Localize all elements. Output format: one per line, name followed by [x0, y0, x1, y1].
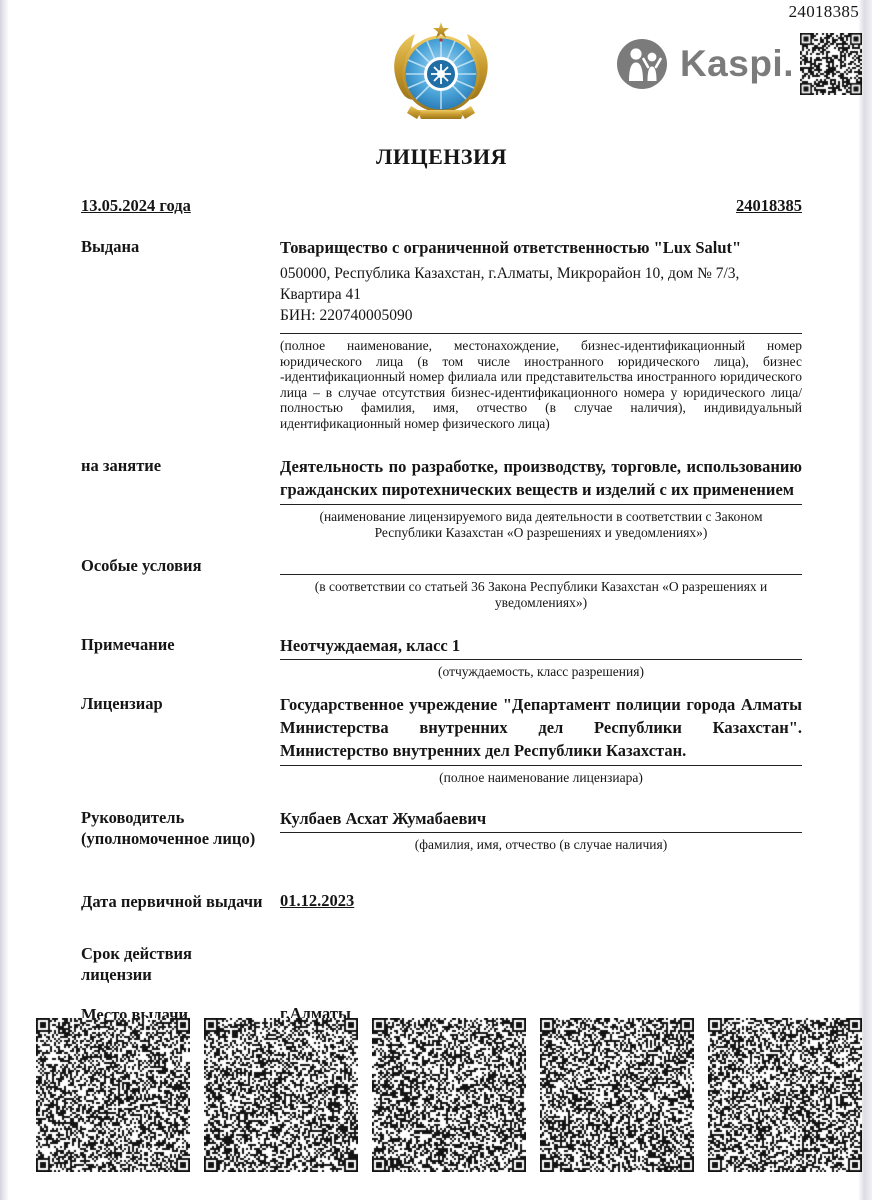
security-barcode-strip — [36, 1018, 862, 1172]
field-note: Примечание Неотчуждаемая, класс 1 (отчуж… — [81, 634, 802, 680]
first-issue-date-value-block: 01.12.2023 — [280, 891, 802, 912]
issued-to-footnote: (полное наименование, местонахождение, б… — [280, 338, 802, 431]
security-qr-code-5 — [708, 1018, 862, 1172]
head-value: Кулбаев Асхат Жумабаевич — [280, 807, 802, 833]
validity-label-line2: лицензии — [81, 964, 280, 985]
field-underline — [280, 333, 802, 334]
field-underline — [280, 765, 802, 766]
head-label-line1: Руководитель — [81, 807, 280, 828]
field-underline — [280, 504, 802, 505]
scan-edge-left — [0, 0, 9, 1200]
licensor-value: Государственное учреждение "Департамент … — [280, 693, 802, 762]
head-label-line2: (уполномоченное лицо) — [81, 828, 280, 849]
note-value-block: Неотчуждаемая, класс 1 (отчуждаемость, к… — [280, 634, 802, 680]
kaspi-logo-icon — [617, 39, 667, 89]
note-label: Примечание — [81, 634, 280, 680]
kaspi-branding: Kaspi. — [617, 33, 862, 95]
field-validity-period: Срок действия лицензии — [81, 943, 802, 985]
field-head: Руководитель (уполномоченное лицо) Кулба… — [81, 807, 802, 853]
company-bin: БИН: 220740005090 — [280, 305, 802, 326]
activity-value-block: Деятельность по разработке, производству… — [280, 455, 802, 540]
company-name: Товарищество с ограниченной ответственно… — [280, 236, 802, 259]
kaspi-wordmark: Kaspi. — [680, 43, 794, 85]
field-first-issue-date: Дата первичной выдачи 01.12.2023 — [81, 891, 802, 912]
head-footnote: (фамилия, имя, отчество (в случае наличи… — [280, 837, 802, 853]
issue-date: 13.05.2024 года — [81, 196, 191, 216]
issued-to-value-block: Товарищество с ограниченной ответственно… — [280, 236, 802, 431]
validity-label-line1: Срок действия — [81, 943, 280, 964]
special-conditions-label: Особые условия — [81, 555, 280, 610]
field-special-conditions: Особые условия (в соответствии со статье… — [81, 555, 802, 610]
license-number: 24018385 — [736, 196, 802, 216]
document-title: ЛИЦЕНЗИЯ — [81, 144, 802, 170]
head-label-block: Руководитель (уполномоченное лицо) — [81, 807, 280, 853]
field-activity: на занятие Деятельность по разработке, п… — [81, 455, 802, 540]
activity-value: Деятельность по разработке, производству… — [280, 455, 802, 501]
note-footnote: (отчуждаемость, класс разрешения) — [280, 664, 802, 680]
validity-value-block — [280, 943, 802, 985]
security-qr-code-3 — [372, 1018, 526, 1172]
company-address: 050000, Республика Казахстан, г.Алматы, … — [280, 263, 802, 305]
activity-label: на занятие — [81, 455, 280, 540]
special-conditions-value-block: (в соответствии со статьей 36 Закона Рес… — [280, 555, 802, 610]
kaspi-qr-code — [800, 33, 862, 95]
activity-footnote: (наименование лицензируемого вида деятел… — [280, 509, 802, 540]
validity-label-block: Срок действия лицензии — [81, 943, 280, 985]
security-qr-code-1 — [36, 1018, 190, 1172]
issued-to-label: Выдана — [81, 236, 280, 431]
document-number-top: 24018385 — [789, 2, 859, 22]
field-licensor: Лицензиар Государственное учреждение "Де… — [81, 693, 802, 786]
license-document-page: 24018385 — [0, 0, 875, 1200]
document-content: ЛИЦЕНЗИЯ 13.05.2024 года 24018385 Выдана… — [81, 130, 802, 1025]
first-issue-date-label: Дата первичной выдачи — [81, 891, 280, 912]
field-issued-to: Выдана Товарищество с ограниченной ответ… — [81, 236, 802, 431]
licensor-footnote: (полное наименование лицензиара) — [280, 770, 802, 786]
head-value-block: Кулбаев Асхат Жумабаевич (фамилия, имя, … — [280, 807, 802, 853]
security-qr-code-4 — [540, 1018, 694, 1172]
kazakhstan-coat-of-arms-emblem — [387, 20, 495, 126]
special-conditions-footnote: (в соответствии со статьей 36 Закона Рес… — [280, 579, 802, 610]
field-underline — [280, 574, 802, 575]
licensor-value-block: Государственное учреждение "Департамент … — [280, 693, 802, 786]
security-qr-code-2 — [204, 1018, 358, 1172]
licensor-label: Лицензиар — [81, 693, 280, 786]
date-and-number-row: 13.05.2024 года 24018385 — [81, 196, 802, 216]
note-value: Неотчуждаемая, класс 1 — [280, 634, 802, 660]
first-issue-date-value: 01.12.2023 — [280, 891, 354, 910]
